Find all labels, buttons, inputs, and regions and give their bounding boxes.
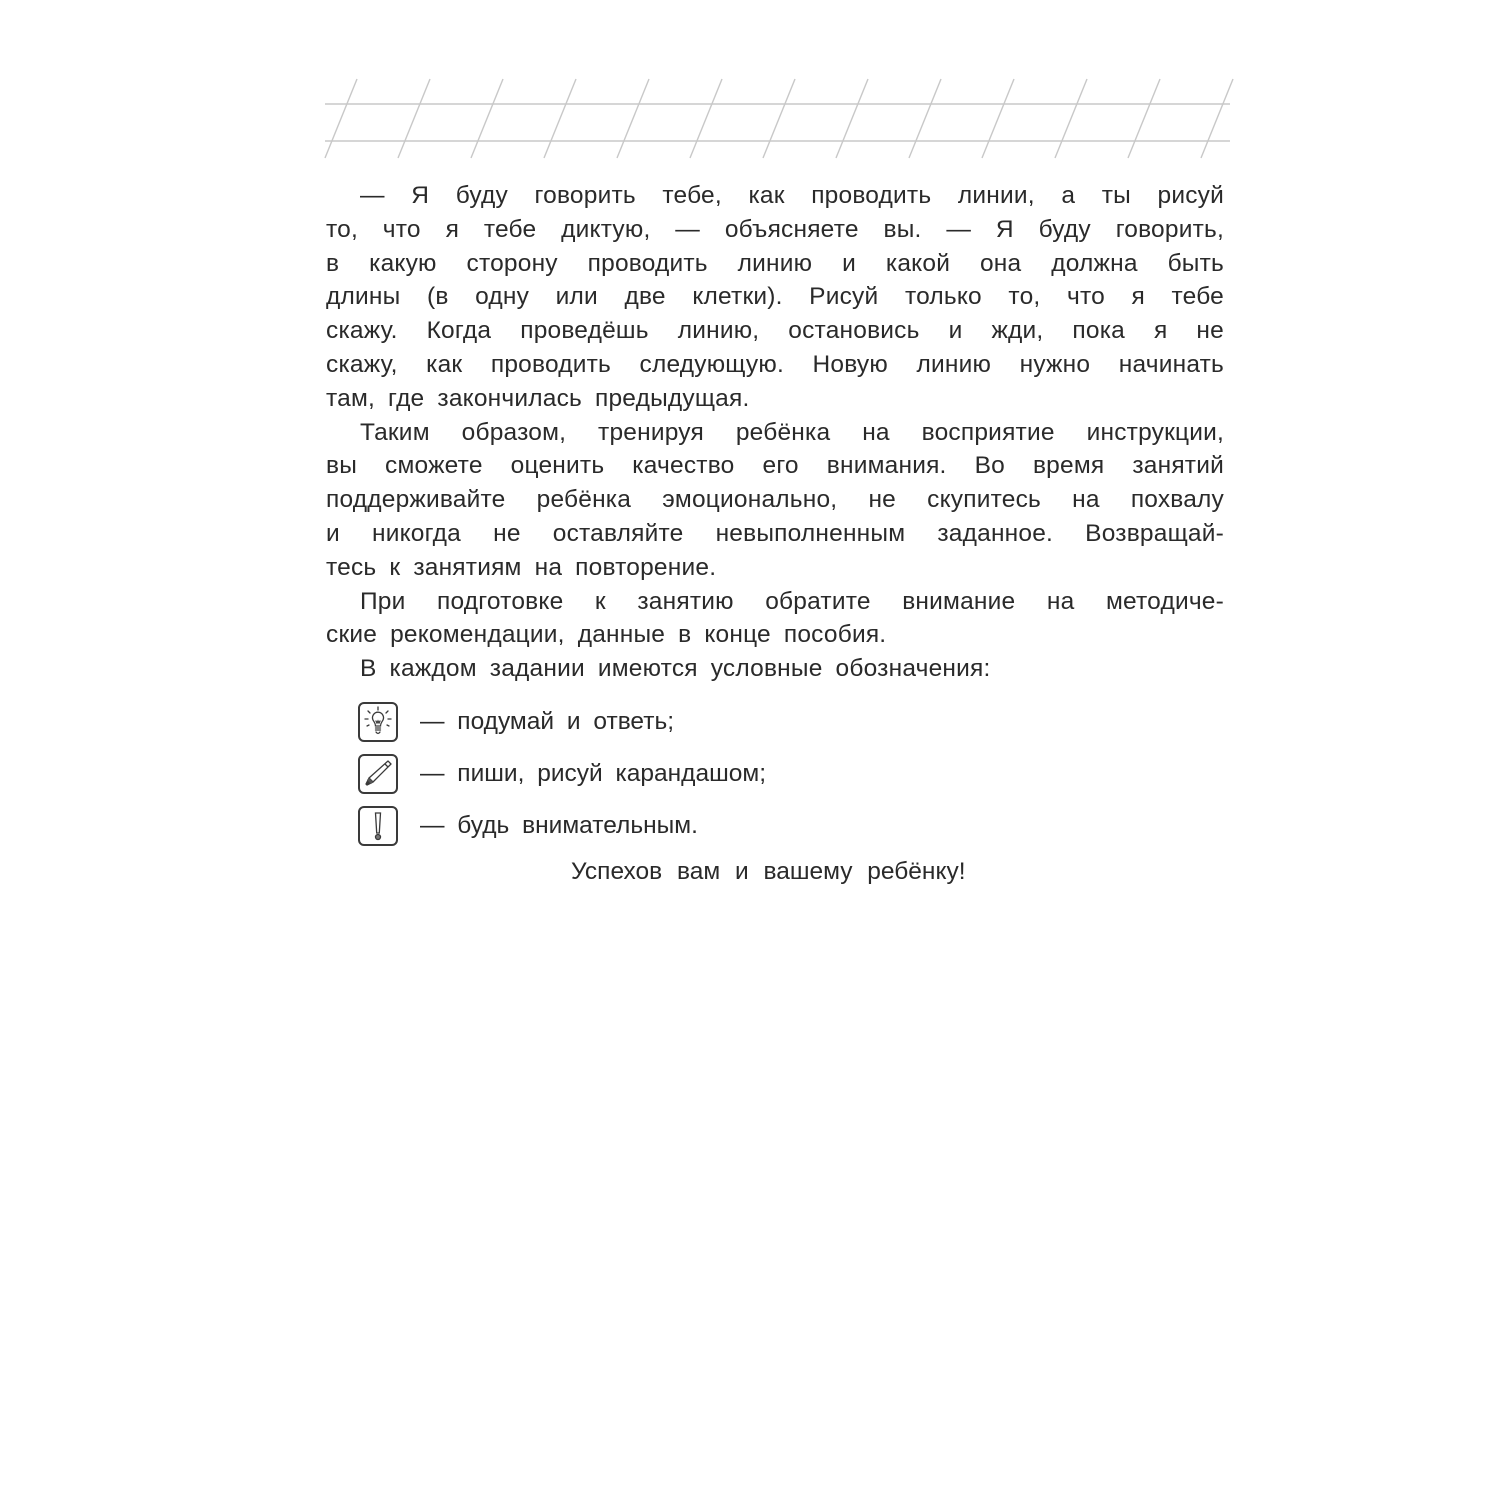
text-line: длины (в одну или две клетки). Рисуй тол… <box>326 280 1224 314</box>
text-line: то, что я тебе диктую, — объясняете вы. … <box>326 213 1224 247</box>
text-line: тесь к занятиям на повторение. <box>326 551 1224 585</box>
text-line: скажу. Когда проведёшь линию, остановись… <box>326 314 1224 348</box>
text-line: — Я буду говорить тебе, как проводить ли… <box>326 179 1224 213</box>
text-line: В каждом задании имеются условные обозна… <box>326 652 1224 686</box>
text-line: в какую сторону проводить линию и какой … <box>326 247 1224 281</box>
text-line: там, где закончилась предыдущая. <box>326 382 1224 416</box>
closing-text: Успехов вам и вашему ребёнку! <box>571 858 966 886</box>
lightbulb-icon <box>358 702 398 742</box>
text-line: поддерживайте ребёнка эмоционально, не с… <box>326 483 1224 517</box>
paragraph: — Я буду говорить тебе, как проводить ли… <box>326 179 1224 416</box>
paragraph: При подготовке к занятию обратите вниман… <box>326 585 1224 653</box>
legend-text-attention: — будь внимательным. <box>420 812 698 840</box>
legend-item-attention: — будь внимательным. <box>358 804 698 848</box>
handwriting-grid <box>0 0 1500 200</box>
instructions-text: — Я буду говорить тебе, как проводить ли… <box>326 179 1224 686</box>
paragraph: В каждом задании имеются условные обозна… <box>326 652 1224 686</box>
legend-item-write: — пиши, рисуй карандашом; <box>358 752 766 796</box>
text-line: и никогда не оставляйте невыполненным за… <box>326 517 1224 551</box>
text-line: Таким образом, тренируя ребёнка на воспр… <box>326 416 1224 450</box>
legend-text-write: — пиши, рисуй карандашом; <box>420 760 766 788</box>
text-line: При подготовке к занятию обратите вниман… <box>326 585 1224 619</box>
text-line: скажу, как проводить следующую. Новую ли… <box>326 348 1224 382</box>
exclamation-icon <box>358 806 398 846</box>
pencil-icon <box>358 754 398 794</box>
legend-item-think: — подумай и ответь; <box>358 700 674 744</box>
text-line: ские рекомендации, данные в конце пособи… <box>326 618 1224 652</box>
paragraph: Таким образом, тренируя ребёнка на воспр… <box>326 416 1224 585</box>
legend-text-think: — подумай и ответь; <box>420 708 674 736</box>
text-line: вы сможете оценить качество его внимания… <box>326 449 1224 483</box>
